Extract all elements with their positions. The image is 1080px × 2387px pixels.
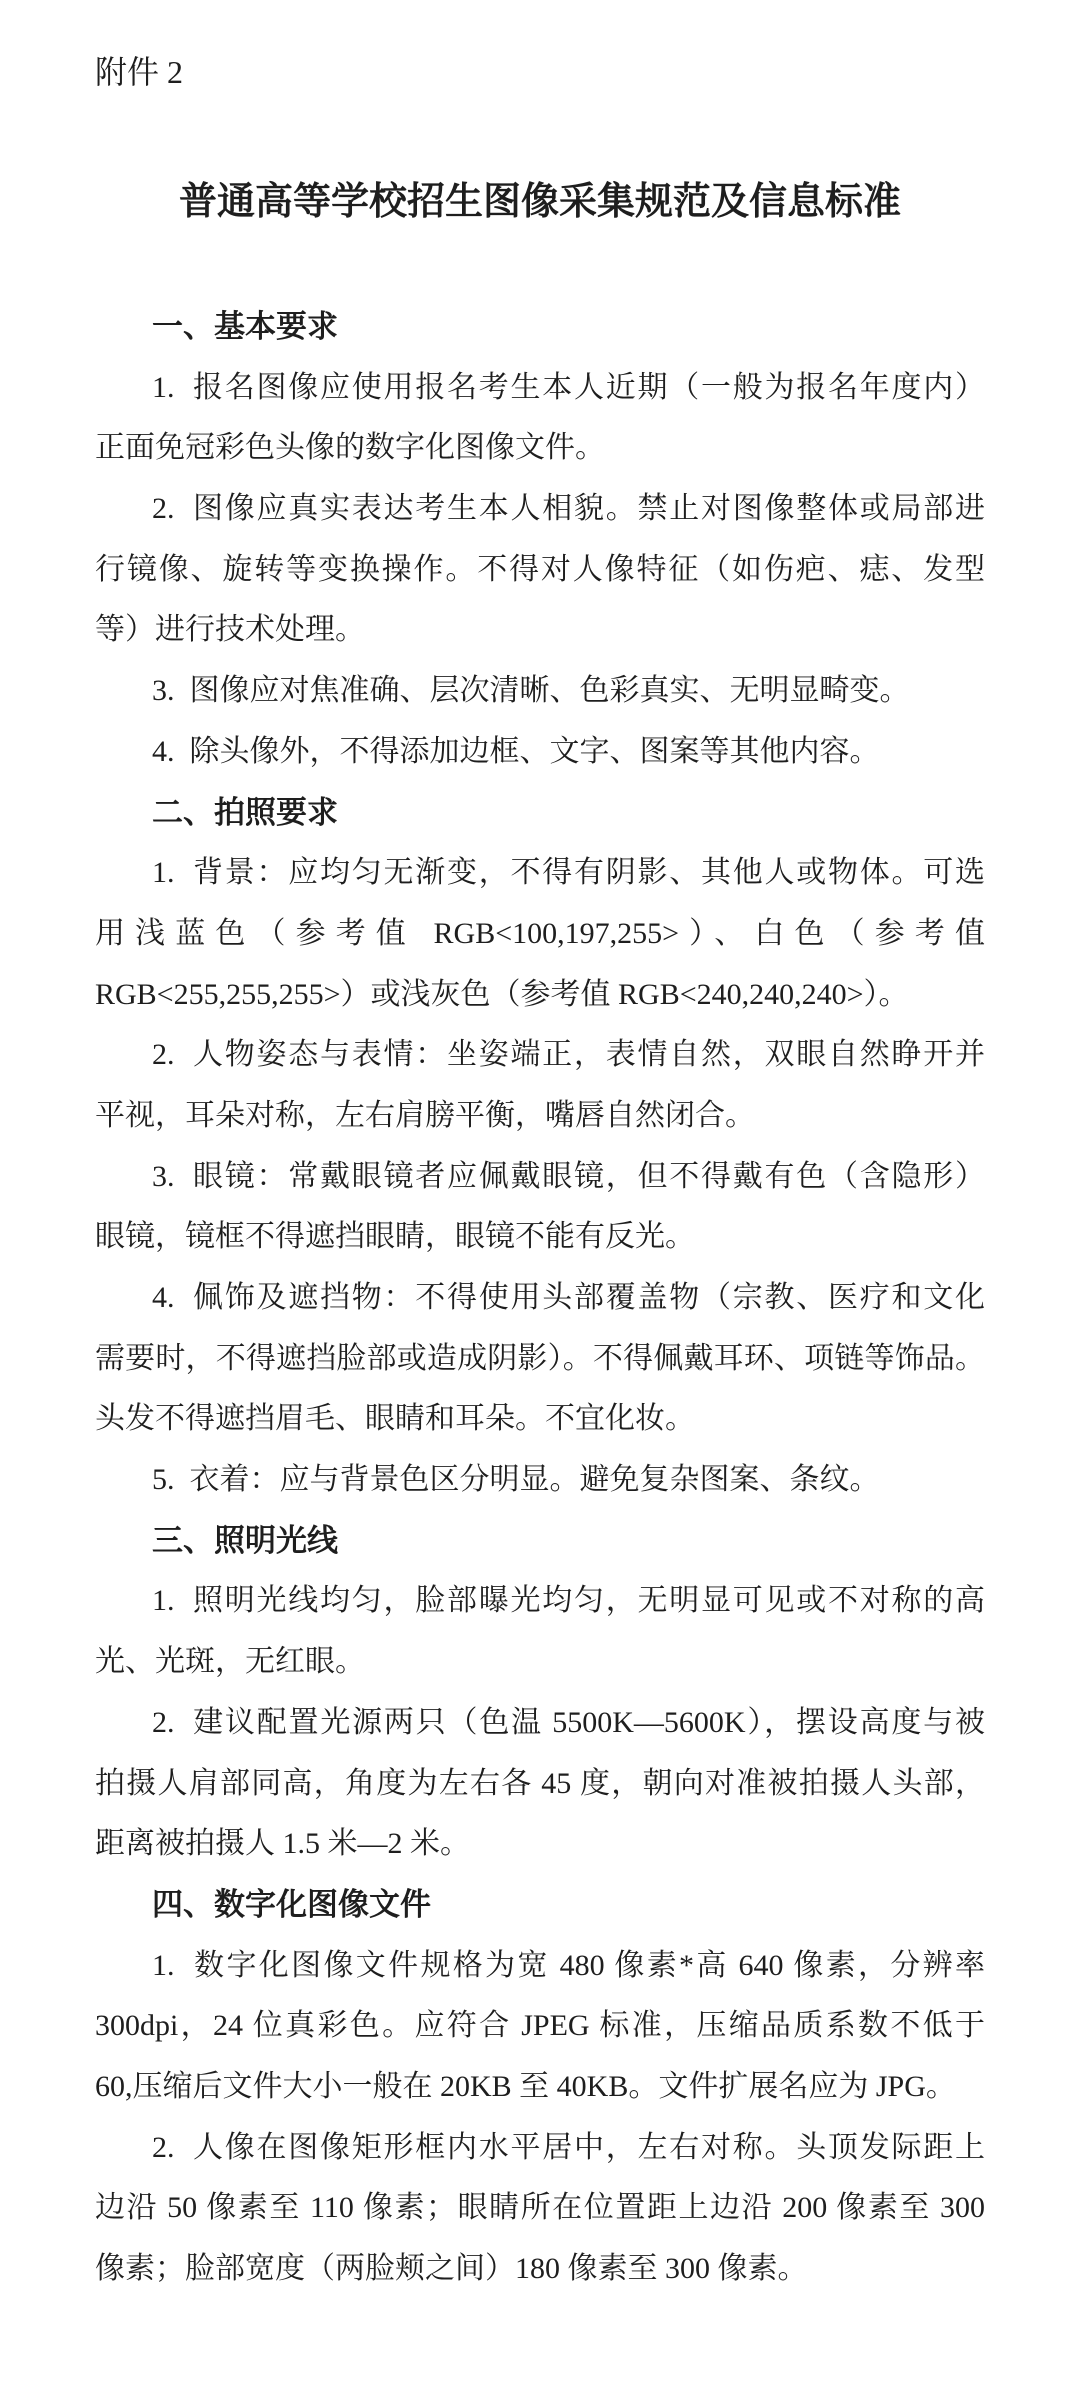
doc-line: 正面免冠彩色头像的数字化图像文件。 — [95, 418, 985, 479]
doc-line: 1. 报名图像应使用报名考生本人近期（一般为报名年度内） — [95, 358, 985, 419]
document-title: 普通高等学校招生图像采集规范及信息标准 — [0, 176, 1080, 228]
doc-line: 4. 除头像外，不得添加边框、文字、图案等其他内容。 — [95, 722, 985, 783]
doc-line: 2. 人物姿态与表情：坐姿端正，表情自然，双眼自然睁开并 — [95, 1025, 985, 1086]
doc-line: 行镜像、旋转等变换操作。不得对人像特征（如伤疤、痣、发型 — [95, 540, 985, 601]
doc-line: 1. 背景：应均匀无渐变，不得有阴影、其他人或物体。可选 — [95, 843, 985, 904]
doc-line: 60,压缩后文件大小一般在 20KB 至 40KB。文件扩展名应为 JPG。 — [95, 2057, 985, 2118]
doc-line: 距离被拍摄人 1.5 米—2 米。 — [95, 1814, 985, 1875]
doc-line: 光、光斑，无红眼。 — [95, 1632, 985, 1693]
doc-line: 1. 照明光线均匀，脸部曝光均匀，无明显可见或不对称的高 — [95, 1571, 985, 1632]
section-heading-lighting: 三、照明光线 — [95, 1511, 985, 1572]
doc-line: 1. 数字化图像文件规格为宽 480 像素*高 640 像素，分辨率 — [95, 1936, 985, 1997]
doc-line: 用浅蓝色（参考值 RGB<100,197,255>）、白色（参考值 — [95, 904, 985, 965]
doc-line: 2. 人像在图像矩形框内水平居中，左右对称。头顶发际距上 — [95, 2118, 985, 2179]
doc-line: 2. 图像应真实表达考生本人相貌。禁止对图像整体或局部进 — [95, 479, 985, 540]
attachment-label: 附件 2 — [95, 52, 183, 92]
doc-line: 300dpi，24 位真彩色。应符合 JPEG 标准，压缩品质系数不低于 — [95, 1996, 985, 2057]
doc-line: 平视，耳朵对称，左右肩膀平衡，嘴唇自然闭合。 — [95, 1086, 985, 1147]
doc-line: 4. 佩饰及遮挡物：不得使用头部覆盖物（宗教、医疗和文化 — [95, 1268, 985, 1329]
doc-line: 3. 眼镜：常戴眼镜者应佩戴眼镜，但不得戴有色（含隐形） — [95, 1147, 985, 1208]
section-heading-digital-image-file: 四、数字化图像文件 — [95, 1875, 985, 1936]
doc-line: 眼镜，镜框不得遮挡眼睛，眼镜不能有反光。 — [95, 1207, 985, 1268]
section-heading-photo-requirements: 二、拍照要求 — [95, 783, 985, 844]
doc-line: 边沿 50 像素至 110 像素；眼睛所在位置距上边沿 200 像素至 300 — [95, 2178, 985, 2239]
doc-line: 头发不得遮挡眉毛、眼睛和耳朵。不宜化妆。 — [95, 1389, 985, 1450]
doc-line: 2. 建议配置光源两只（色温 5500K—5600K），摆设高度与被 — [95, 1693, 985, 1754]
doc-line: 像素；脸部宽度（两脸颊之间）180 像素至 300 像素。 — [95, 2239, 985, 2300]
doc-line: 拍摄人肩部同高，角度为左右各 45 度，朝向对准被拍摄人头部， — [95, 1754, 985, 1815]
section-heading-basic-requirements: 一、基本要求 — [95, 297, 985, 358]
doc-line: 等）进行技术处理。 — [95, 600, 985, 661]
document-page: 附件 2 普通高等学校招生图像采集规范及信息标准 一、基本要求 1. 报名图像应… — [0, 0, 1080, 2387]
doc-line: 3. 图像应对焦准确、层次清晰、色彩真实、无明显畸变。 — [95, 661, 985, 722]
doc-line: 需要时，不得遮挡脸部或造成阴影）。不得佩戴耳环、项链等饰品。 — [95, 1329, 985, 1390]
doc-line: 5. 衣着：应与背景色区分明显。避免复杂图案、条纹。 — [95, 1450, 985, 1511]
doc-line: RGB<255,255,255>）或浅灰色（参考值 RGB<240,240,24… — [95, 965, 985, 1026]
document-body: 一、基本要求 1. 报名图像应使用报名考生本人近期（一般为报名年度内） 正面免冠… — [95, 297, 985, 2300]
